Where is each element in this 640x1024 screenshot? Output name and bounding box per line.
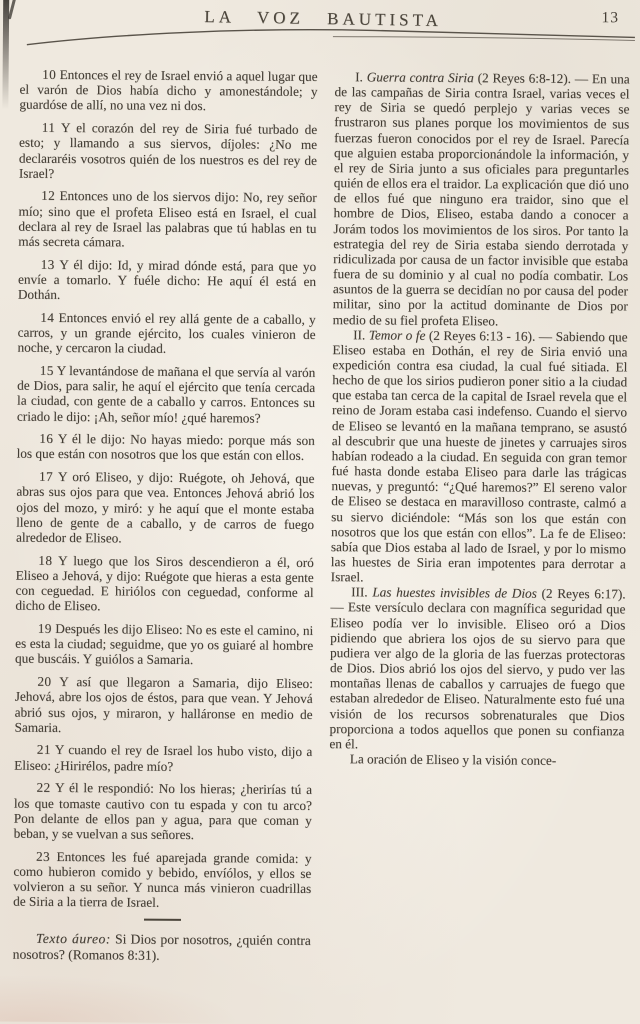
left-column: 10 Entonces el rey de Israel envió a aqu…: [12, 67, 317, 1024]
verse-number: 10: [42, 67, 56, 82]
section-paragraph: III. Las huestes invisibles de Dios (2 R…: [329, 584, 625, 753]
section-body: En una de las campañas de Siria contra I…: [333, 71, 630, 328]
verse-paragraph: 20 Y así que llegaron a Samaria, dijo El…: [14, 674, 312, 737]
verse-text: Y así que llegaron a Samaria, dijo Elise…: [14, 674, 312, 735]
verse-number: 14: [40, 310, 54, 325]
verse-paragraph: 11 Y el corazón del rey de Siria fué tur…: [19, 120, 317, 183]
verse-text: Entonces les fué aparejada grande comida…: [13, 849, 311, 910]
section-number: I.: [355, 69, 363, 84]
scanned-page: LA VOZ BAUTISTA 13 10 Entonces el rey de…: [0, 0, 640, 1024]
closing-line: La oración de Eliseo y la visión conce-: [329, 751, 624, 768]
section-paragraph: I. Guerra contra Siria (2 Reyes 6:8-12).…: [333, 69, 630, 329]
verse-text: Entonces envió el rey allá gente de a ca…: [17, 310, 315, 356]
verse-number: 11: [42, 120, 56, 135]
golden-text-label: Texto áureo:: [36, 931, 111, 947]
verse-paragraph: 16 Y él le dijo: No hayas miedo: porque …: [17, 431, 315, 464]
section-reference: (2 Reyes 6:13 - 16). —: [429, 328, 552, 344]
verse-number: 20: [37, 674, 51, 689]
verse-paragraph: 13 Y él dijo: Id, y mirad dónde está, pa…: [18, 256, 316, 304]
section-body: Este versículo declara con magnífica seg…: [329, 600, 625, 751]
page-header: LA VOZ BAUTISTA 13: [3, 0, 640, 67]
verse-text: Entonces uno de los siervos dijo: No, re…: [18, 188, 316, 249]
verse-paragraph: 14 Entonces envió el rey allá gente de a…: [17, 309, 315, 357]
verse-paragraph: 18 Y luego que los Siros descendieron a …: [15, 552, 313, 615]
verse-number: 17: [39, 469, 53, 484]
verse-text: Y levantándose de mañana el que servía a…: [17, 363, 315, 425]
verse-text: Y el corazón del rey de Siria fué turbad…: [19, 120, 317, 181]
header-rule: [3, 0, 640, 63]
verse-number: 22: [36, 780, 50, 795]
verse-paragraph: 22 Y él le respondió: No los hieras; ¿he…: [14, 780, 312, 843]
verse-text: Y él dijo: Id, y mirad dónde está, para …: [18, 257, 316, 302]
section-number: III.: [351, 585, 368, 600]
verse-paragraph: 23 Entonces les fué aparejada grande com…: [13, 848, 311, 911]
verse-text: Y luego que los Siros descendieron a él,…: [15, 553, 313, 614]
section-title: Las huestes invisibles de Dios: [372, 585, 537, 601]
section-title: Guerra contra Siria: [367, 69, 474, 85]
verse-number: 15: [40, 363, 54, 378]
section-body: Sabiendo que Eliseo estaba en Dothán, el…: [331, 329, 628, 585]
verse-paragraph: 21 Y cuando el rey de Israel los hubo vi…: [14, 742, 312, 775]
verse-paragraph: 17 Y oró Eliseo, y dijo: Ruégote, oh Jeh…: [16, 469, 315, 547]
verse-number: 16: [39, 431, 53, 446]
section-divider-rule: [143, 919, 180, 921]
section-reference: (2 Reyes 6:8-12). —: [478, 70, 589, 86]
verse-number: 18: [38, 552, 52, 567]
verse-text: Y cuando el rey de Israel los hubo visto…: [14, 742, 312, 773]
section-title: Temor o fe: [369, 327, 426, 342]
golden-text-paragraph: Texto áureo: Si Dios por nosotros, ¿quié…: [13, 931, 311, 964]
section-number: II.: [353, 327, 365, 342]
verse-number: 21: [37, 742, 51, 757]
verse-text: Y oró Eliseo, y dijo: Ruégote, oh Jehová…: [16, 469, 315, 545]
verse-number: 23: [36, 848, 50, 863]
verse-paragraph: 15 Y levantándose de mañana el que serví…: [17, 363, 315, 426]
verse-text: Y él le respondió: No los hieras; ¿herir…: [14, 780, 312, 842]
verse-number: 12: [41, 188, 55, 203]
two-column-body: 10 Entonces el rey de Israel envió a aqu…: [12, 67, 629, 1024]
verse-paragraph: 12 Entonces uno de los siervos dijo: No,…: [18, 188, 316, 251]
section-paragraph: II. Temor o fe (2 Reyes 6:13 - 16). — Sa…: [331, 327, 628, 587]
right-column: I. Guerra contra Siria (2 Reyes 6:8-12).…: [327, 69, 629, 1024]
verse-text: Y él le dijo: No hayas miedo: porque más…: [17, 431, 315, 463]
verse-text: Después les dijo Eliseo: No es este el c…: [15, 621, 313, 667]
verse-number: 19: [38, 621, 52, 636]
verse-paragraph: 10 Entonces el rey de Israel envió a aqu…: [19, 67, 317, 115]
verse-text: Entonces el rey de Israel envió a aquel …: [19, 67, 317, 114]
verse-paragraph: 19 Después les dijo Eliseo: No es este e…: [15, 621, 313, 669]
verse-number: 13: [41, 257, 55, 272]
